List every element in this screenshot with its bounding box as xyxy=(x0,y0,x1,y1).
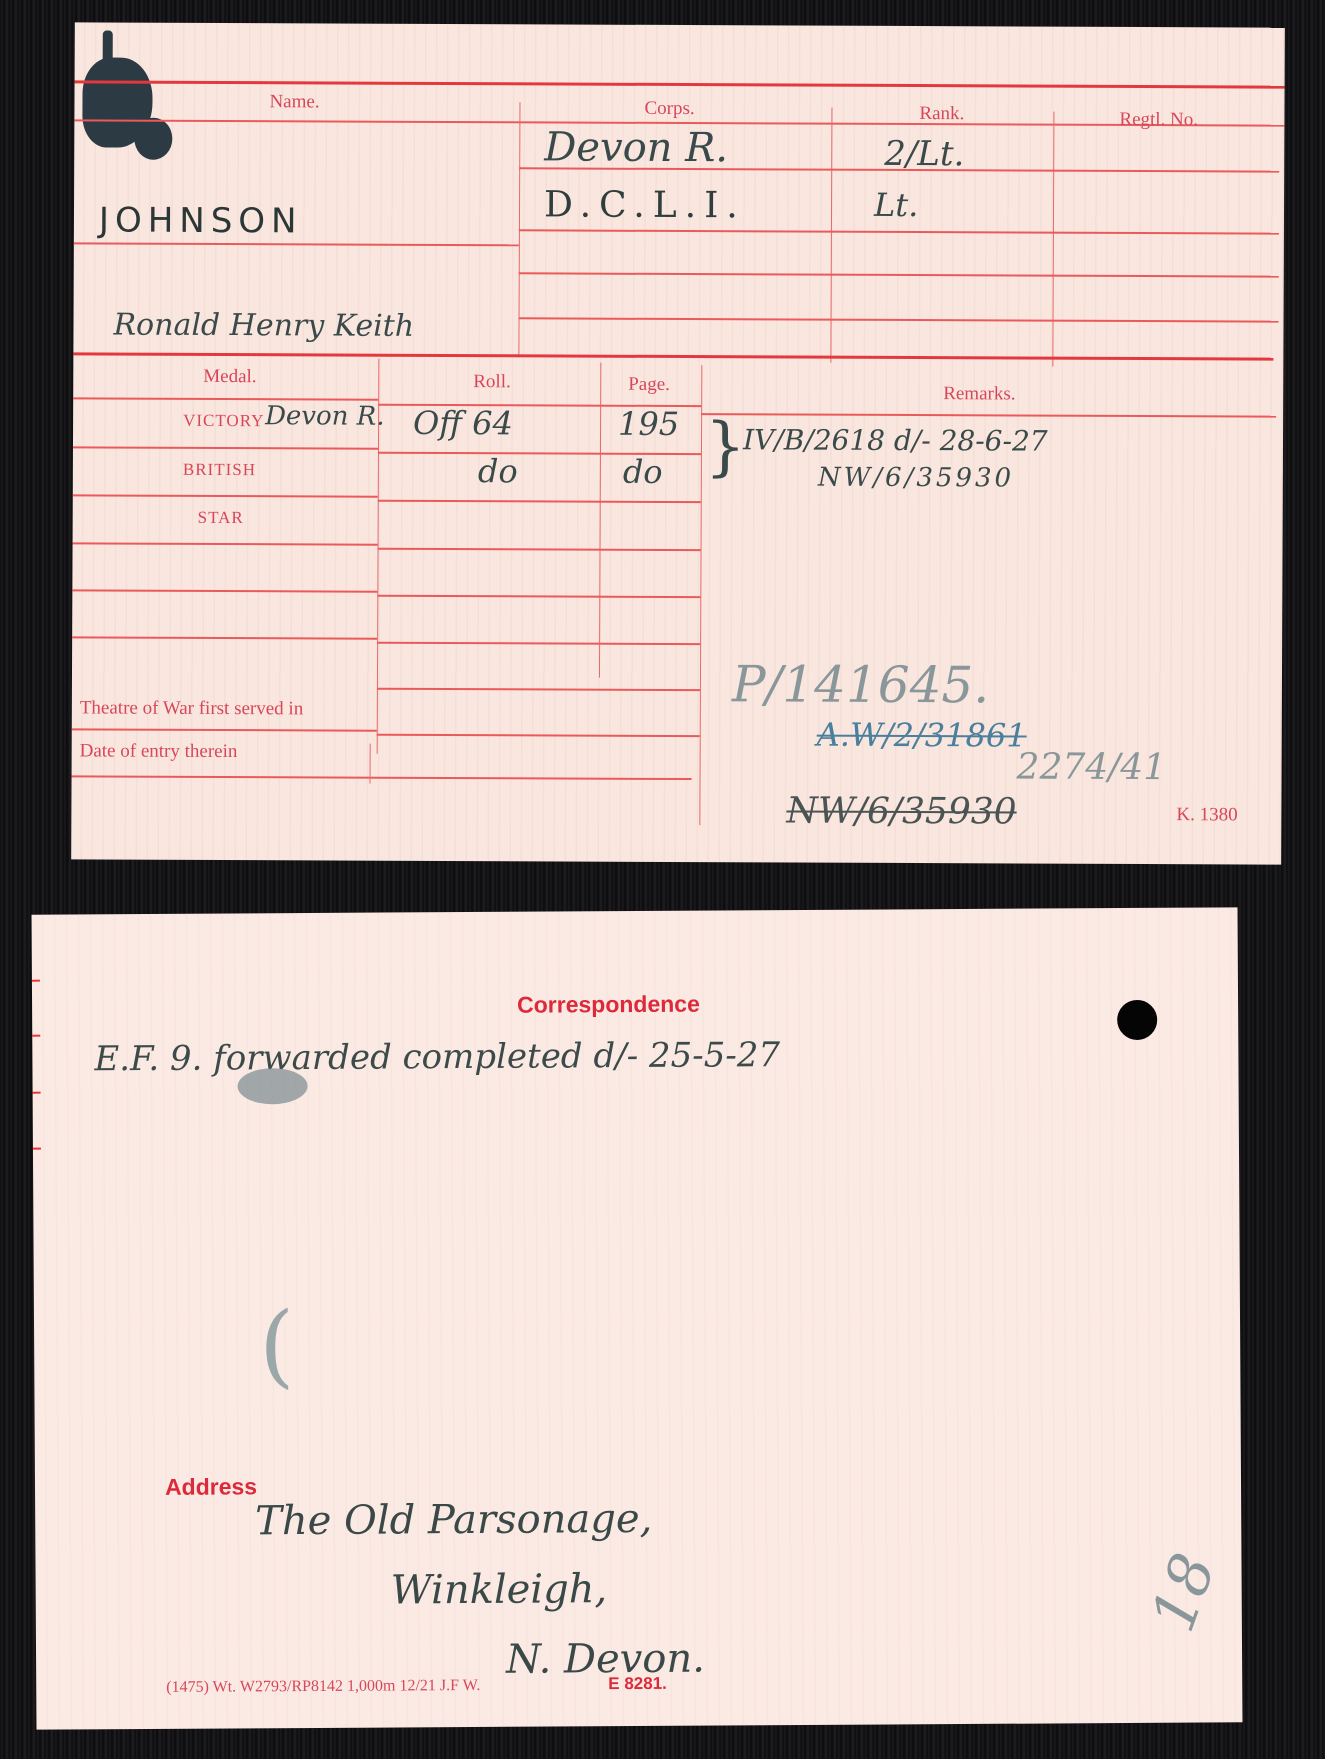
remarks-line-2: NW/6/35930 xyxy=(818,463,1014,494)
remarks-line-1: IV/B/2618 d/- 28-6-27 xyxy=(743,423,1048,457)
medal-index-card-front: Name. Corps. Rank. Regtl. No. JOHNSON Ro… xyxy=(71,22,1285,864)
printer-line: (1475) Wt. W2793/RP8142 1,000m 12/21 J.F… xyxy=(166,1677,480,1697)
medal-victory-label: VICTORY xyxy=(183,411,264,431)
bracket-mark: ( xyxy=(259,1293,295,1398)
medal-victory-roll: Off 64 xyxy=(413,404,513,442)
corps-header: Corps. xyxy=(644,98,694,120)
p-number: P/141645. xyxy=(732,655,990,714)
medal-victory-annotation: Devon R. xyxy=(265,401,385,432)
corps-entry-1: Devon R. xyxy=(544,124,728,171)
medal-header: Medal. xyxy=(203,366,256,388)
theatre-label: Theatre of War first served in xyxy=(80,697,303,720)
roll-header: Roll. xyxy=(473,371,511,393)
medal-index-card-back: Correspondence E.F. 9. forwarded complet… xyxy=(32,907,1243,1729)
struck-reference: A.W/2/31861 xyxy=(817,716,1027,755)
regtl-no-header: Regtl. No. xyxy=(1119,109,1198,131)
name-header: Name. xyxy=(269,91,319,113)
printer-code: E 8281. xyxy=(608,1674,667,1694)
medal-british-label: BRITISH xyxy=(183,460,256,480)
page-header: Page. xyxy=(628,374,670,396)
ink-blot-drop xyxy=(134,118,172,160)
remarks-header: Remarks. xyxy=(943,383,1015,405)
ink-smudge xyxy=(237,1068,307,1104)
rank-header: Rank. xyxy=(919,103,964,125)
medal-british-roll: do xyxy=(478,452,518,490)
punch-hole xyxy=(1117,1000,1157,1040)
medal-star-label: STAR xyxy=(198,508,244,528)
address-line-3: N. Devon. xyxy=(506,1636,705,1683)
rank-entry-1: 2/Lt. xyxy=(884,134,964,174)
ink-blot-stem xyxy=(103,30,113,66)
address-line-2: Winkleigh, xyxy=(391,1566,608,1613)
forenames: Ronald Henry Keith xyxy=(113,308,414,344)
corps-entry-2: D.C.L.I. xyxy=(544,184,746,226)
date-entry-label: Date of entry therein xyxy=(80,740,238,763)
address-label: Address xyxy=(165,1473,257,1501)
struck-nw-reference: NW/6/35930 xyxy=(786,790,1016,832)
address-line-1: The Old Parsonage, xyxy=(255,1496,652,1544)
surname: JOHNSON xyxy=(99,200,303,241)
pencil-mark: 18 xyxy=(1138,1545,1230,1640)
correspondence-entry: E.F. 9. forwarded completed d/- 25-5-27 xyxy=(94,1035,780,1079)
reference-2274: 2274/41 xyxy=(1017,746,1167,788)
remarks-brace: } xyxy=(705,410,746,484)
correspondence-label: Correspondence xyxy=(517,991,700,1019)
medal-british-page: do xyxy=(623,453,663,491)
medal-victory-page: 195 xyxy=(618,405,679,443)
form-number: K. 1380 xyxy=(1176,804,1237,826)
rank-entry-2: Lt. xyxy=(874,186,918,224)
